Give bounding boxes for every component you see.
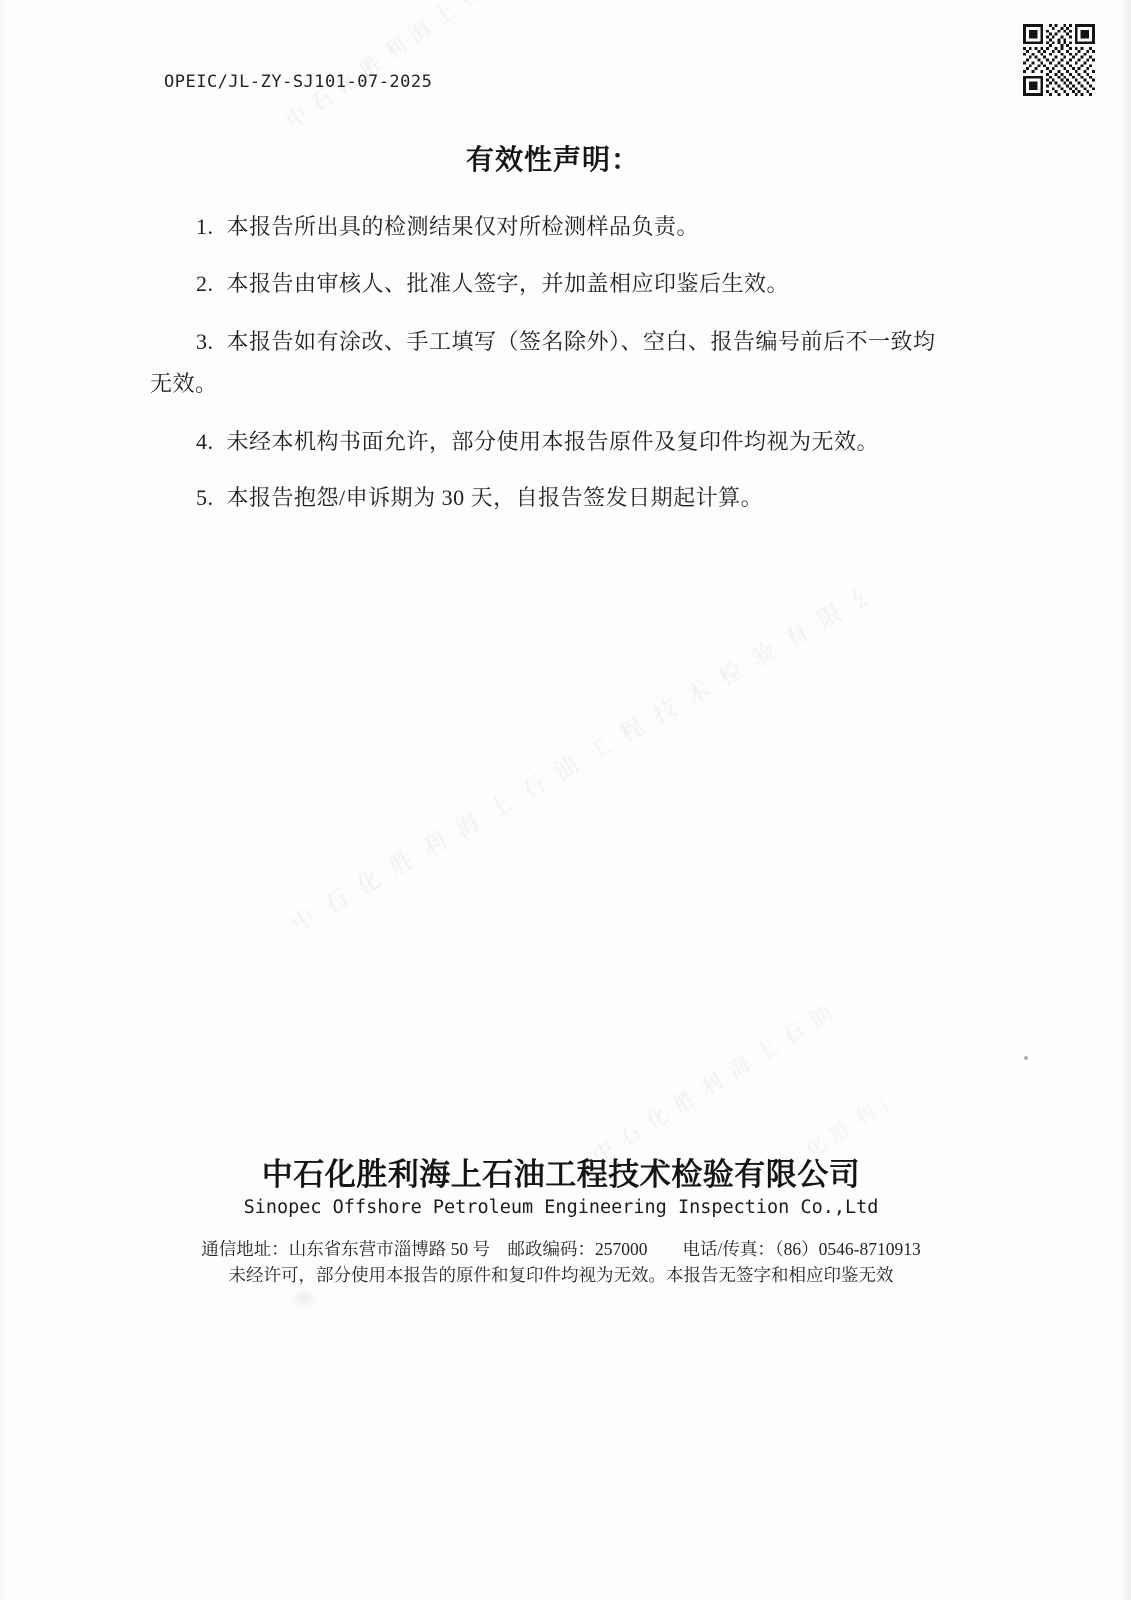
statement-3-number: 3. [196, 329, 214, 355]
statement-1-text: 本报告所出具的检测结果仅对所检测样品负责。 [227, 214, 700, 239]
statement-5-number: 5. [196, 485, 214, 511]
statement-2: 2.本报告由审核人、批准人签字，并加盖相应印鉴后生效。 [196, 271, 789, 297]
document-code: OPEIC/JL-ZY-SJ101-07-2025 [164, 72, 432, 92]
statement-4-number: 4. [196, 429, 214, 455]
statement-5: 5.本报告抱怨/申诉期为 30 天，自报告签发日期起计算。 [196, 485, 763, 511]
statement-1-number: 1. [196, 214, 214, 240]
company-name-cn: 中石化胜利海上石油工程技术检验有限公司 [0, 1155, 1122, 1195]
statement-3: 3.本报告如有涂改、手工填写（签名除外）、空白、报告编号前后不一致均 [196, 329, 936, 355]
scan-speck [1024, 1056, 1028, 1060]
statement-2-text: 本报告由审核人、批准人签字，并加盖相应印鉴后生效。 [227, 271, 790, 296]
page-title: 有效性声明： [466, 138, 640, 178]
statement-4: 4.未经本机构书面允许，部分使用本报告原件及复印件均视为无效。 [196, 429, 879, 455]
scanned-report-page: 中石化胜利海上石油工程技术检验有限公司 中石化胜利海上石油工程技术检验有限公司 … [0, 0, 1131, 1600]
scan-edge-shadow-right [1122, 0, 1131, 1600]
statement-5-text: 本报告抱怨/申诉期为 30 天，自报告签发日期起计算。 [227, 485, 764, 510]
statement-3-continuation: 无效。 [150, 371, 218, 397]
company-name-en: Sinopec Offshore Petroleum Engineering I… [0, 1195, 1122, 1220]
scan-edge-shadow-left [0, 0, 5, 1600]
scan-speck [295, 1292, 313, 1305]
company-address-line: 通信地址：山东省东营市淄博路 50 号 邮政编码：257000 电话/传真：（8… [0, 1237, 1122, 1261]
statement-4-text: 未经本机构书面允许，部分使用本报告原件及复印件均视为无效。 [227, 429, 880, 454]
statement-3-text: 本报告如有涂改、手工填写（签名除外）、空白、报告编号前后不一致均 [227, 329, 936, 354]
statement-1: 1.本报告所出具的检测结果仅对所检测样品负责。 [196, 214, 699, 240]
watermark-fragment: 中石化胜利海上石油工程技术检验有限公司 [279, 0, 491, 135]
statement-2-number: 2. [196, 271, 214, 297]
qr-code-icon [1022, 24, 1096, 96]
watermark-fragment: 中石化胜利海上石油工程技术检验有限公司 [586, 996, 839, 1170]
footer-validity-note: 未经许可，部分使用本报告的原件和复印件均视为无效。本报告无签字和相应印鉴无效 [0, 1263, 1122, 1287]
footer-company-block: 中石化胜利海上石油工程技术检验有限公司 Sinopec Offshore Pet… [0, 1155, 1122, 1287]
watermark-fragment: 中石化胜利海上石油工程技术检验有限公司 [284, 580, 872, 939]
